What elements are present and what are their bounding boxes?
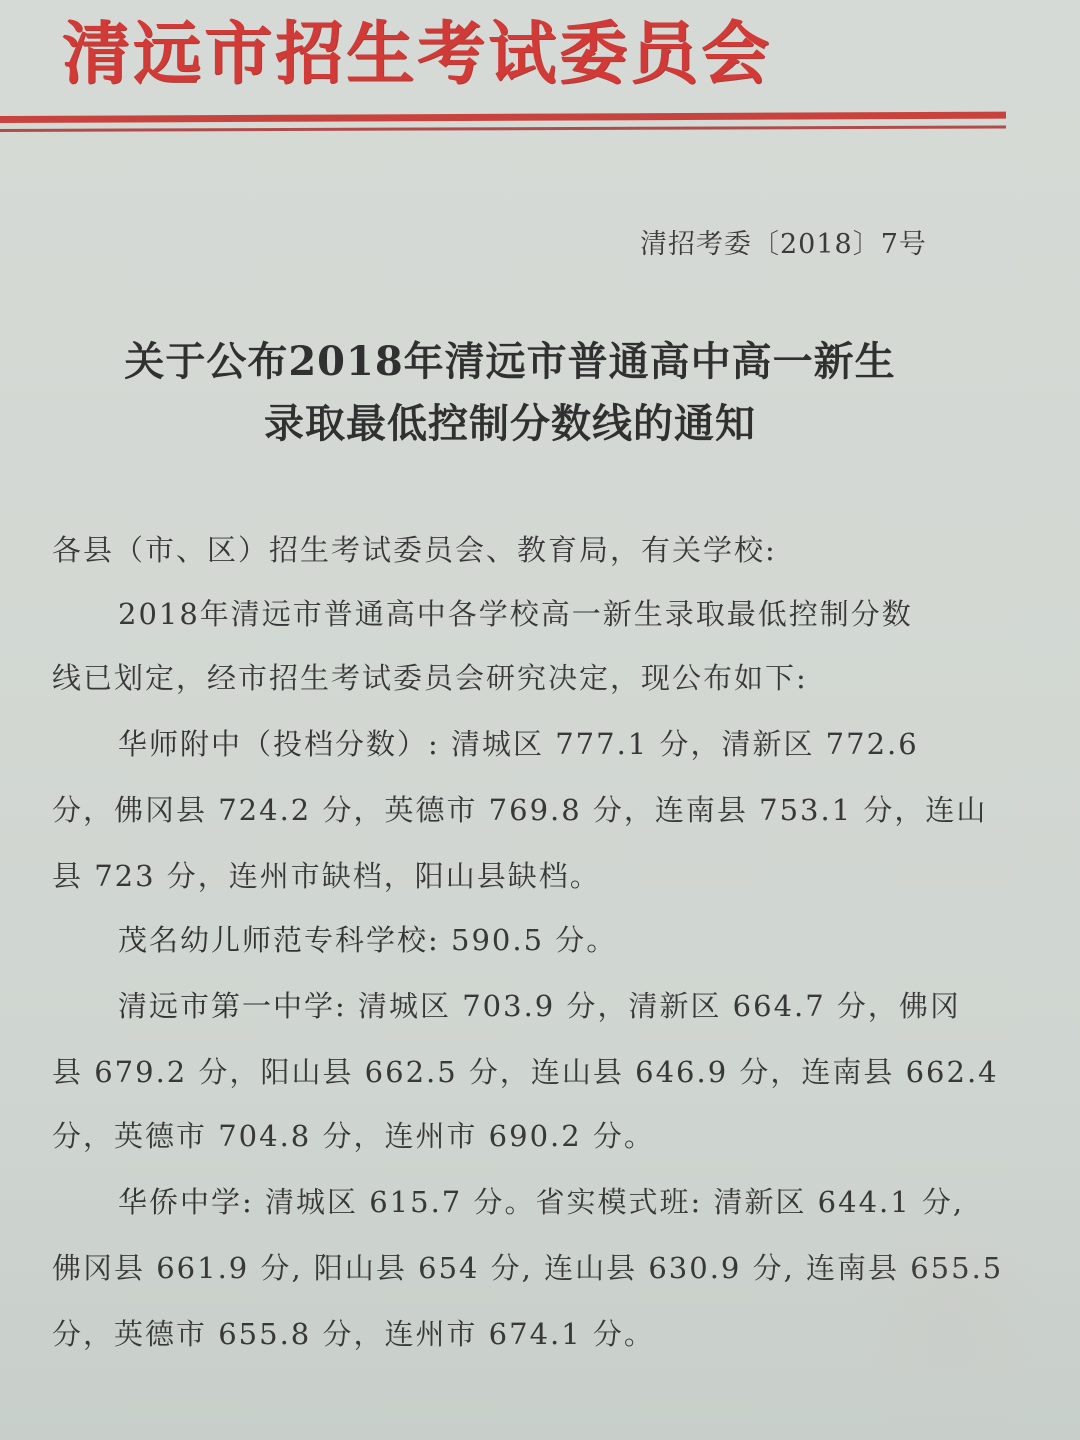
section-hqzx-line-1: 华侨中学: 清城区 615.7 分。省实模式班: 清新区 644.1 分,	[118, 1180, 964, 1221]
salutation: 各县（市、区）招生考试委员会、教育局，有关学校:	[52, 528, 777, 569]
section-maoming-line-1: 茂名幼儿师范专科学校: 590.5 分。	[118, 918, 617, 959]
faded-stamp-shadow	[820, 1200, 1080, 1440]
school-name-maoming: 茂名幼儿师范专科学校:	[118, 923, 440, 957]
document-number: 清招考委〔2018〕7号	[640, 222, 927, 261]
letterhead-rule-thin	[0, 125, 1006, 132]
scores-text: 590.5 分。	[451, 923, 617, 957]
section-hsfz-line-3: 县 723 分，连州市缺档，阳山县缺档。	[52, 854, 601, 895]
document-title-line-2: 录取最低控制分数线的通知	[60, 392, 960, 449]
section-qyyz-line-3: 分，英德市 704.8 分，连州市 690.2 分。	[52, 1114, 655, 1155]
section-hsfz-line-2: 分，佛冈县 724.2 分，英德市 769.8 分，连南县 753.1 分，连山	[52, 788, 987, 829]
section-qyyz-line-1: 清远市第一中学: 清城区 703.9 分，清新区 664.7 分，佛冈	[118, 984, 961, 1025]
document-title-line-1: 关于公布2018年清远市普通高中高一新生	[60, 330, 960, 387]
school-name-qyyz: 清远市第一中学:	[118, 989, 347, 1023]
letterhead-organization: 清远市招生考试委员会	[62, 14, 962, 94]
section-hqzx-line-3: 分，英德市 655.8 分，连州市 674.1 分。	[52, 1312, 655, 1353]
school-name-hsfz: 华师附中（投档分数）:	[118, 727, 440, 761]
intro-line-1: 2018年清远市普通高中各学校高一新生录取最低控制分数	[118, 592, 913, 633]
intro-line-2: 线已划定，经市招生考试委员会研究决定，现公布如下:	[52, 656, 808, 697]
scores-text: 清城区 777.1 分，清新区 772.6	[451, 727, 919, 761]
section-hsfz-line-1: 华师附中（投档分数）: 清城区 777.1 分，清新区 772.6	[118, 722, 919, 763]
scores-text: 清城区 615.7 分。省实模式班: 清新区 644.1 分,	[265, 1185, 964, 1219]
school-name-hqzx: 华侨中学:	[118, 1185, 254, 1219]
section-qyyz-line-2: 县 679.2 分，阳山县 662.5 分，连山县 646.9 分，连南县 66…	[52, 1050, 999, 1091]
letterhead-rule-thick	[0, 112, 1006, 123]
scores-text: 清城区 703.9 分，清新区 664.7 分，佛冈	[358, 989, 961, 1023]
document-page: 清远市招生考试委员会 清招考委〔2018〕7号 关于公布2018年清远市普通高中…	[0, 0, 1080, 1440]
